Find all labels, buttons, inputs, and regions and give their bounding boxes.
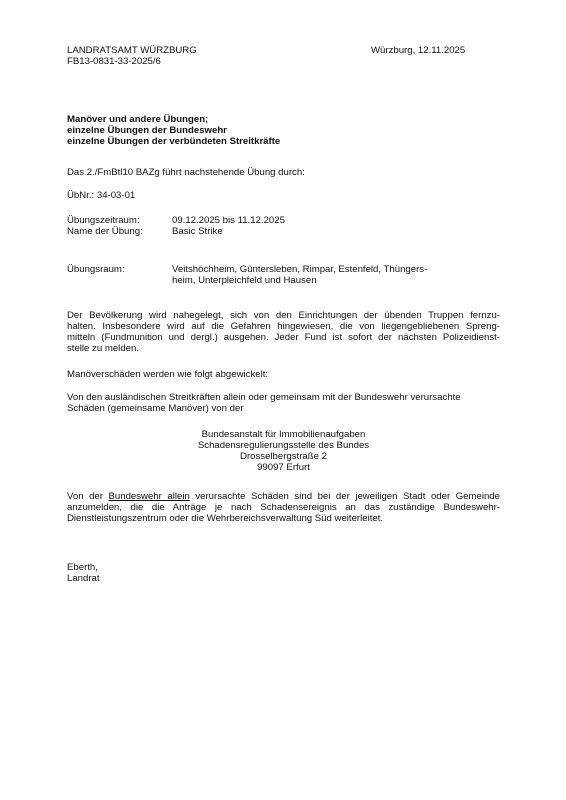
signature-block: Eberth, Landrat [67, 562, 100, 584]
paragraph-line: Von den ausländischen Streitkräften alle… [67, 392, 461, 403]
foreign-damage-paragraph: Von den ausländischen Streitkräften alle… [67, 392, 461, 414]
damage-intro: Manöverschäden werden wie folgt abgewick… [67, 369, 268, 380]
area-label: Übungsraum: [67, 264, 125, 275]
period-label: Übungszeitraum: [67, 215, 140, 226]
address-line: Bundesanstalt für Immobilienaufgaben [67, 429, 500, 440]
address-line: Drosselbergstraße 2 [67, 451, 500, 462]
period-value: 09.12.2025 bis 11.12.2025 [172, 215, 285, 226]
paragraph-line: Schäden (gemeinsame Manöver) von der [67, 403, 461, 414]
file-number: FB13-0831-33-2025/6 [67, 56, 161, 67]
place-date: Würzburg, 12.11.2025 [371, 45, 465, 56]
paragraph-line: Von der Bundeswehr allein verursachte Sc… [67, 491, 500, 502]
subject-line: einzelne Übungen der verbündeten Streitk… [67, 136, 280, 147]
area-value-line: Veitshöchheim, Güntersleben, Rimpar, Est… [172, 264, 427, 275]
underlined-emphasis: Bundeswehr allein [109, 491, 190, 502]
paragraph-line: halten. Insbesondere wird auf die Gefahr… [67, 321, 500, 332]
intro-text: Das 2./FmBtl10 BAZg führt nachstehende Ü… [67, 167, 305, 178]
warning-paragraph: Der Bevölkerung wird nahegelegt, sich vo… [67, 310, 500, 354]
paragraph-line: Dienstleistungszentrum oder die Wehrbere… [67, 513, 500, 524]
signatory-title: Landrat [67, 573, 100, 584]
subject-line: Manöver und andere Übungen; [67, 114, 280, 125]
document-page: LANDRATSAMT WÜRZBURG FB13-0831-33-2025/6… [0, 0, 566, 800]
text-segment: Von der [67, 491, 109, 502]
area-value: Veitshöchheim, Güntersleben, Rimpar, Est… [172, 264, 427, 286]
subject-line: einzelne Übungen der Bundeswehr [67, 125, 280, 136]
address-line: 99097 Erfurt [67, 462, 500, 473]
text-segment: verursachte Schäden sind bei der jeweili… [190, 491, 500, 502]
paragraph-line: anzumelden, die die Anträge je nach Scha… [67, 502, 500, 513]
authority-name: LANDRATSAMT WÜRZBURG [67, 45, 197, 56]
paragraph-line: Der Bevölkerung wird nahegelegt, sich vo… [67, 310, 500, 321]
paragraph-line: stelle zu melden. [67, 343, 500, 354]
exercise-name-label: Name der Übung: [67, 226, 143, 237]
exercise-name-value: Basic Strike [172, 226, 223, 237]
exercise-number: ÜbNr.: 34-03-01 [67, 190, 135, 201]
subject-block: Manöver und andere Übungen; einzelne Übu… [67, 114, 280, 147]
paragraph-line: mitteln (Fundmunition und dergl.) ausgeh… [67, 332, 500, 343]
address-line: Schadensregulierungsstelle des Bundes [67, 440, 500, 451]
address-block: Bundesanstalt für Immobilienaufgaben Sch… [67, 429, 500, 473]
bundeswehr-damage-paragraph: Von der Bundeswehr allein verursachte Sc… [67, 491, 500, 524]
signatory-name: Eberth, [67, 562, 100, 573]
area-value-line: heim, Unterpleichfeld und Hausen [172, 275, 427, 286]
